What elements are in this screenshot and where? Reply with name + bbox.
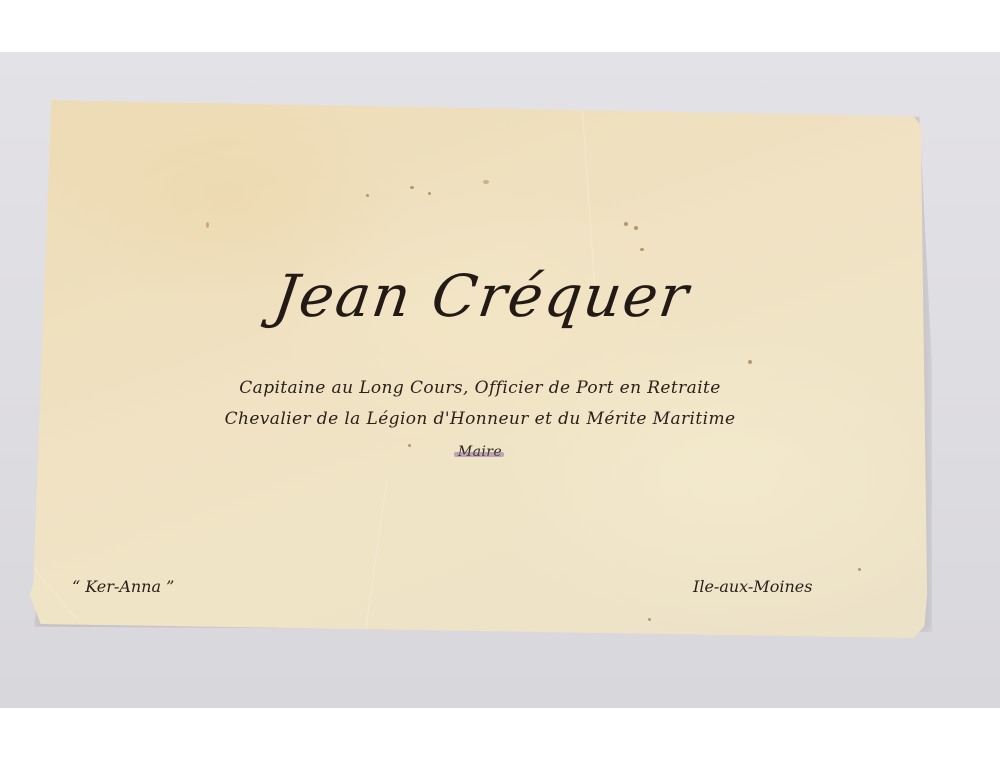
footer-house-name: “ Ker-Anna ” (72, 577, 174, 596)
title-line-2: Chevalier de la Légion d'Honneur et du M… (140, 409, 820, 429)
crease (366, 479, 388, 628)
card-name: Jean Créquer (247, 262, 717, 330)
foxing-spot (640, 248, 644, 251)
foxing-spot (483, 180, 489, 184)
foxing-spot (634, 226, 638, 230)
struck-title-line: Maire (140, 444, 820, 460)
foxing-spot (410, 186, 414, 189)
foxing-spot (748, 360, 752, 364)
foxing-spot (624, 222, 628, 226)
calling-card (28, 98, 928, 638)
struck-title: Maire (458, 444, 502, 460)
foxing-spot (366, 194, 369, 197)
foxing-spot (858, 568, 861, 571)
footer-location: Ile-aux-Moines (693, 577, 812, 596)
foxing-spot (428, 192, 431, 195)
foxing-spot (648, 618, 651, 621)
title-line-1: Capitaine au Long Cours, Officier de Por… (140, 378, 820, 398)
foxing-spot (206, 222, 209, 228)
